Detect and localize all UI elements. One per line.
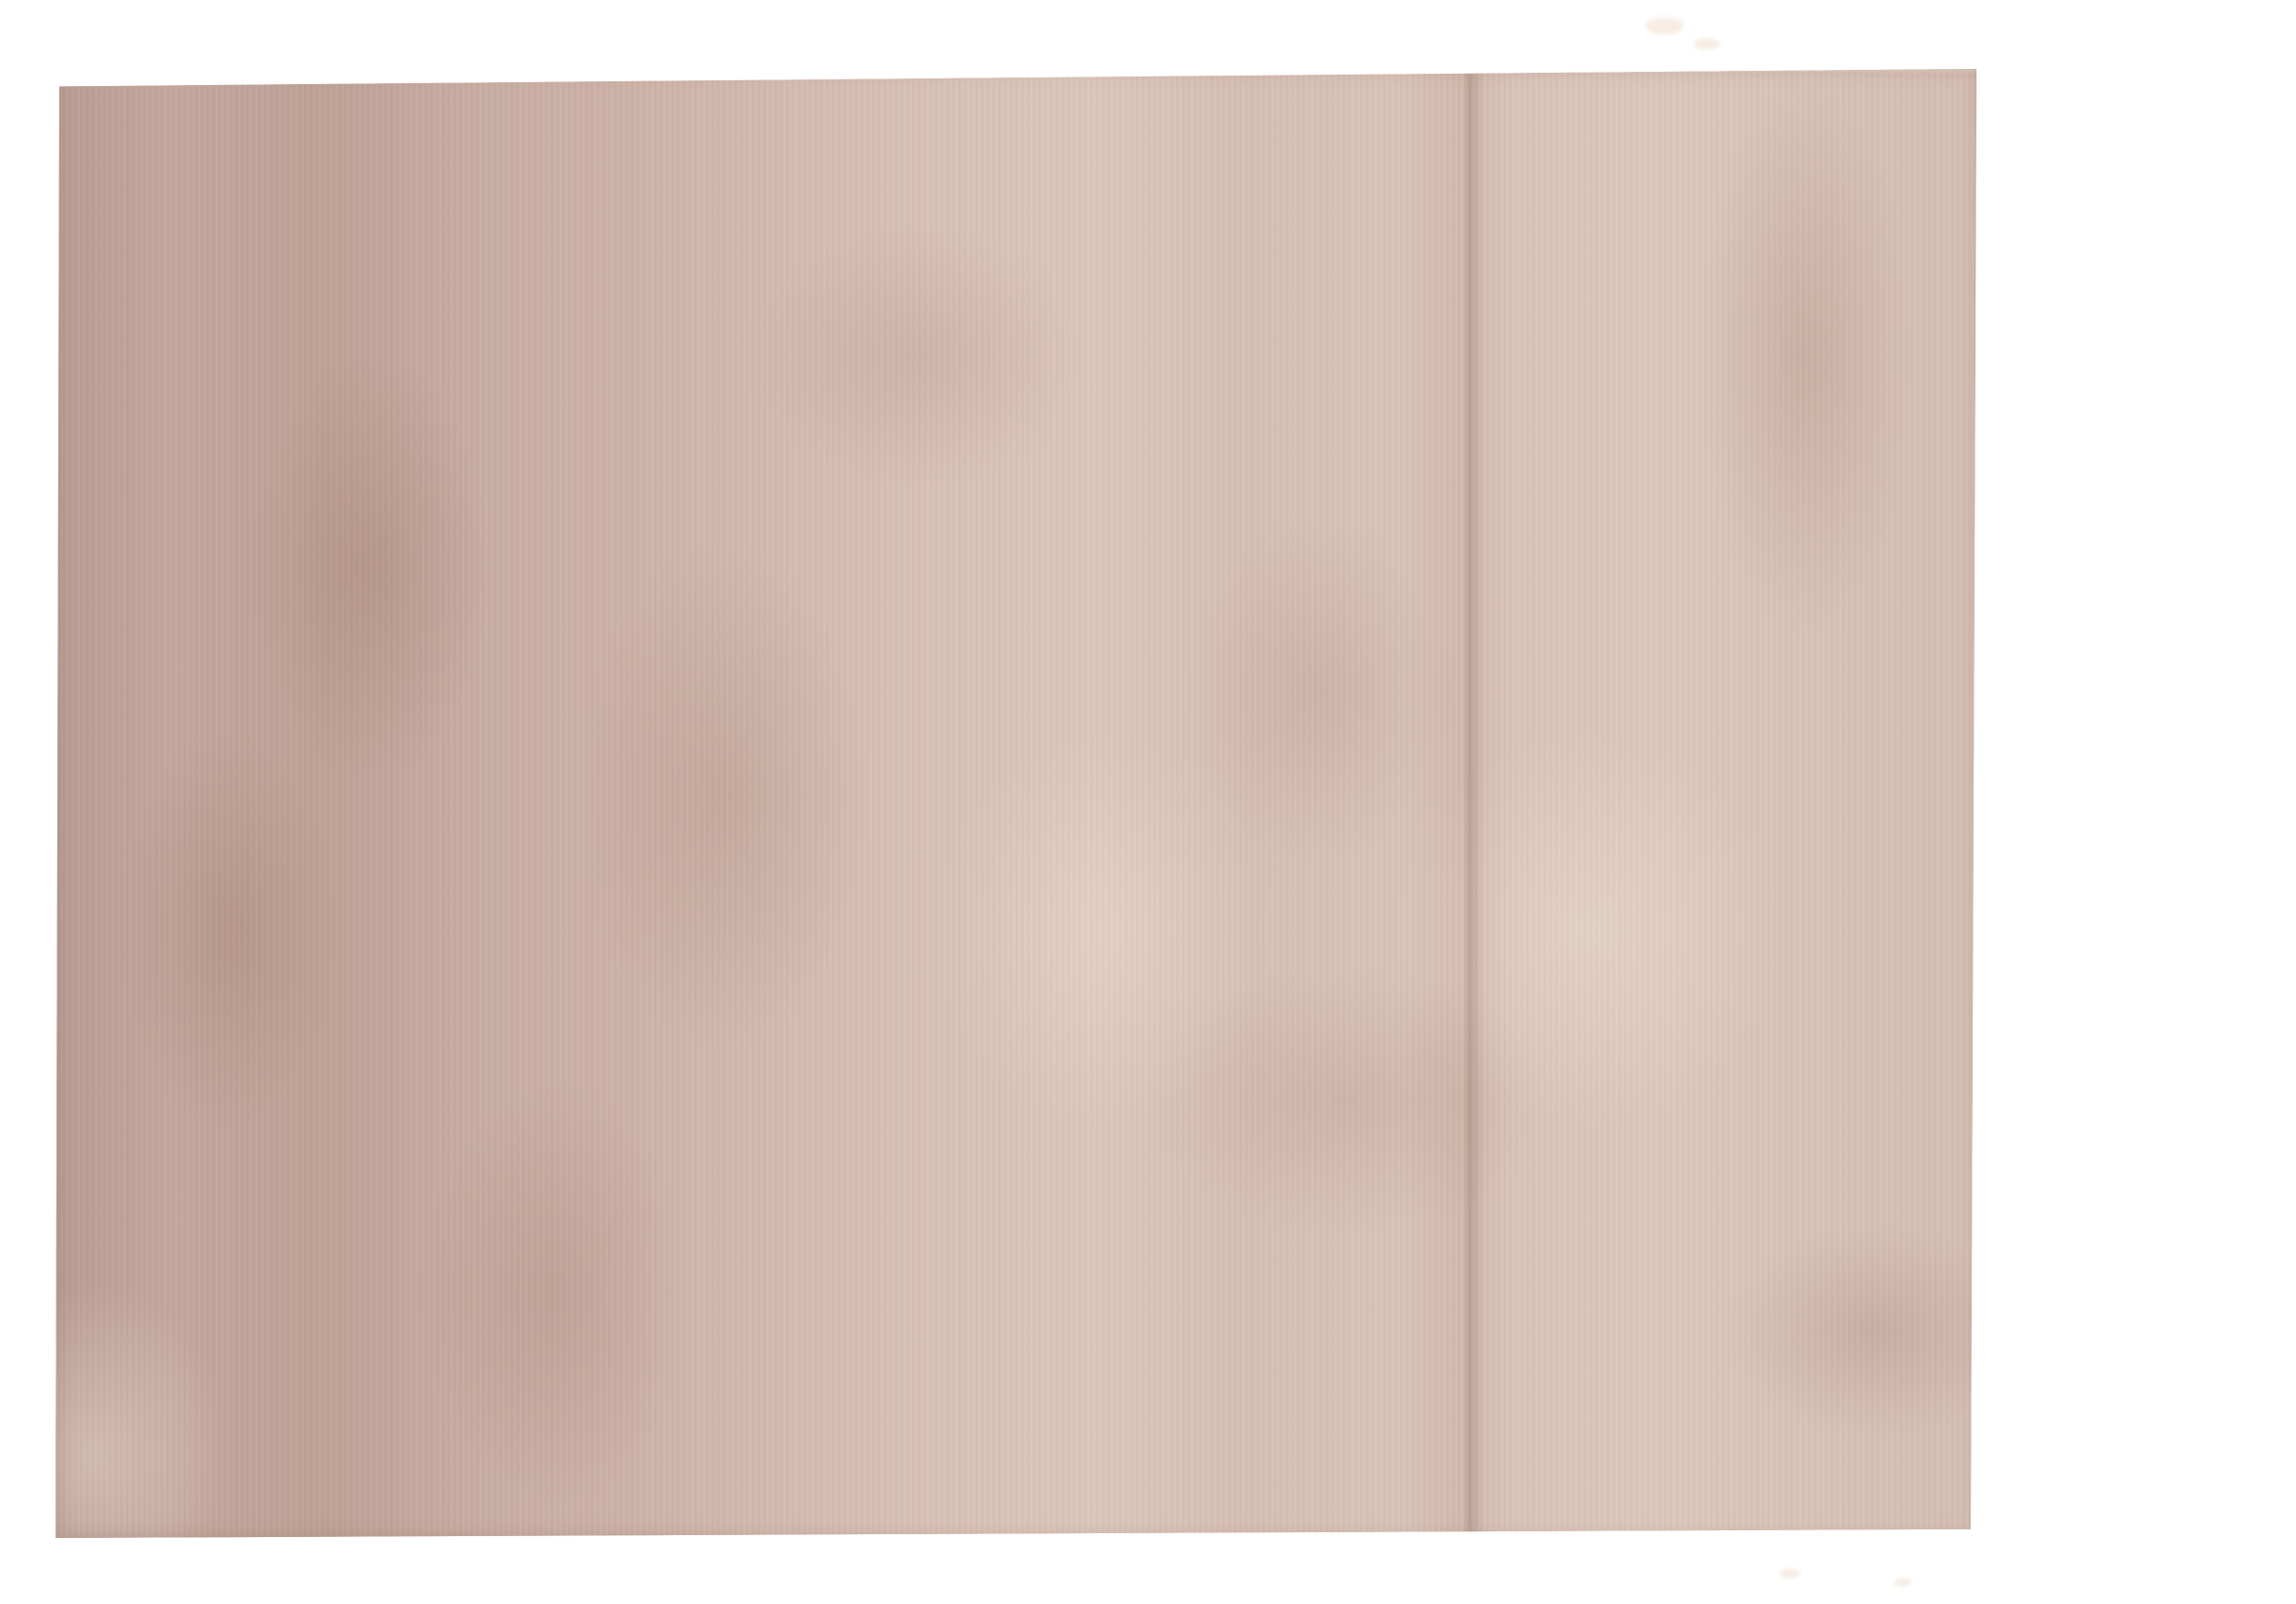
- lint-speck: [1779, 1569, 1800, 1578]
- photo-canvas: [0, 0, 2296, 1604]
- lint-speck: [1894, 1578, 1911, 1587]
- lint-speck: [1645, 17, 1684, 34]
- rug-binding-edge: [55, 69, 1978, 1538]
- rug: [55, 69, 1978, 1538]
- lint-speck: [1693, 38, 1720, 50]
